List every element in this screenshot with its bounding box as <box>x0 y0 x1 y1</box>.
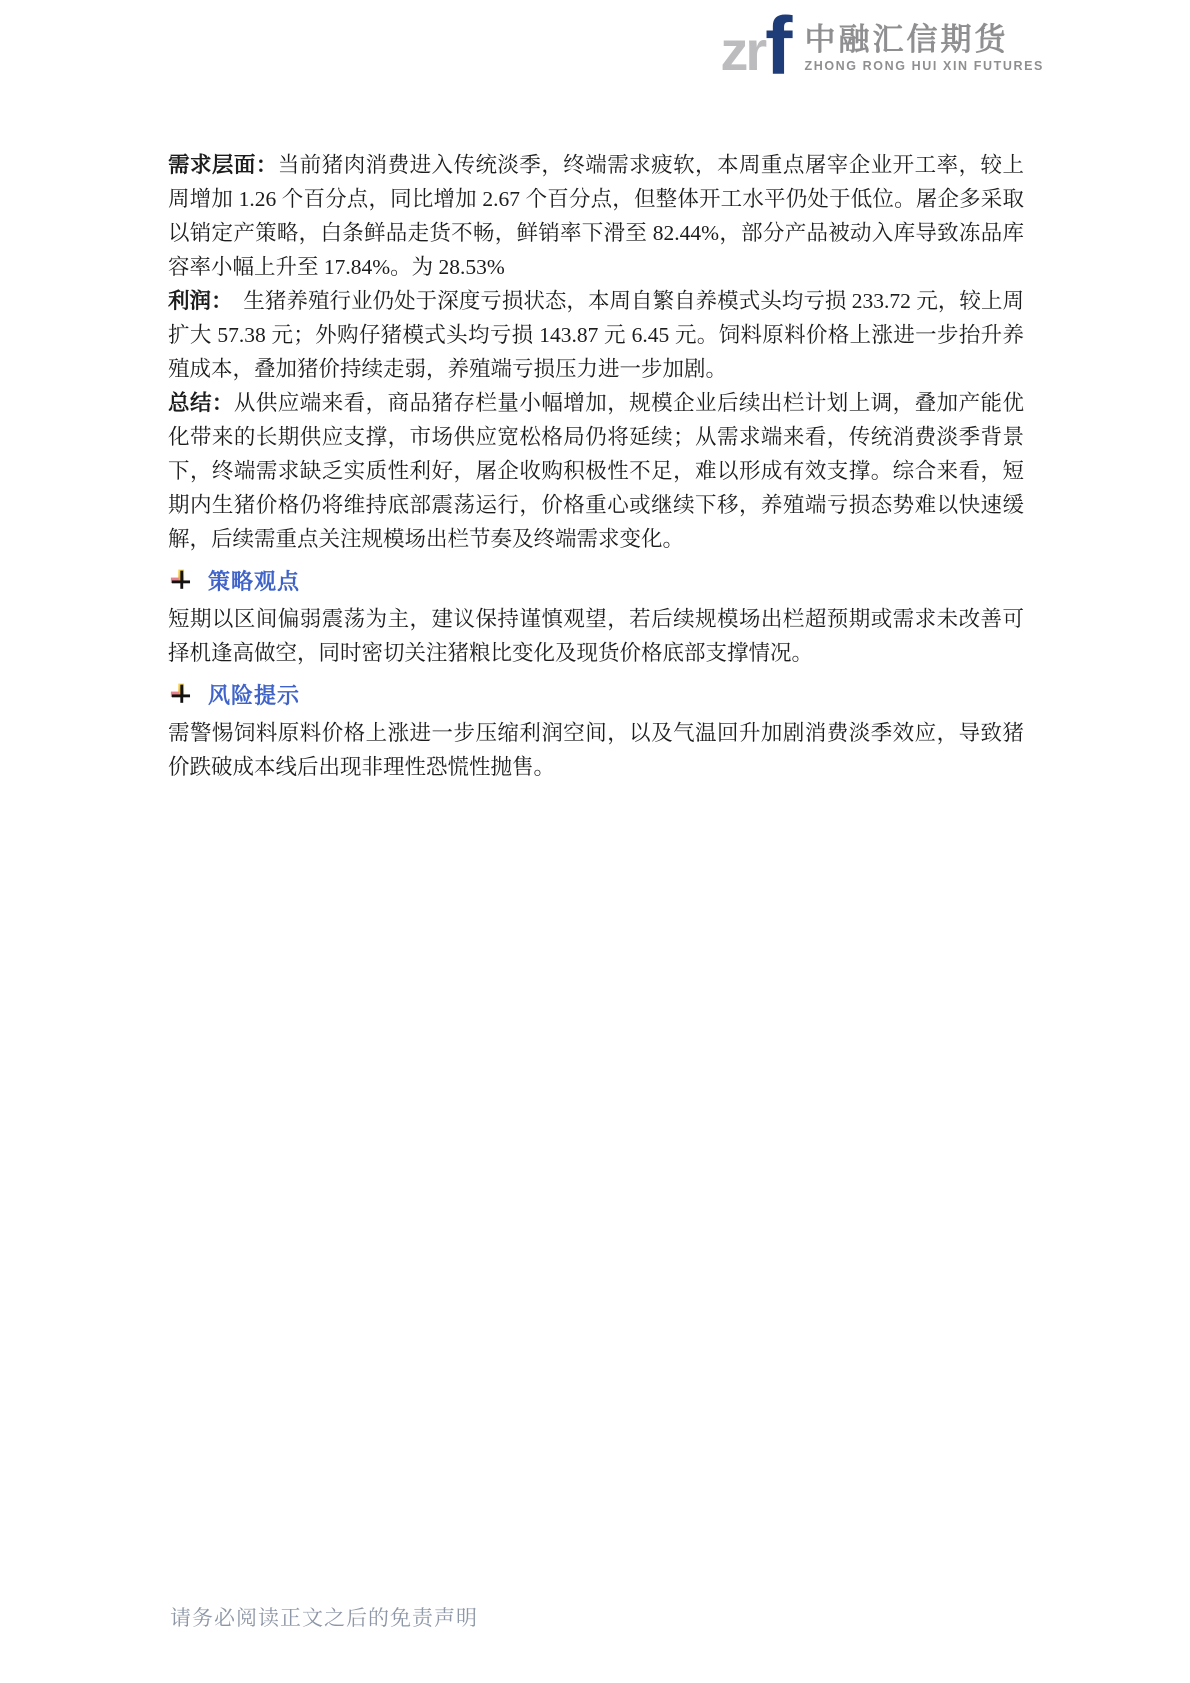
paragraph-demand: 需求层面：当前猪肉消费进入传统淡季，终端需求疲软，本周重点屠宰企业开工率，较上周… <box>168 148 1024 284</box>
logo-wordmark-zr: zr <box>720 29 764 73</box>
logo-wordmark: zrf <box>720 22 792 73</box>
paragraph-demand-label: 需求层面： <box>168 153 278 177</box>
section-heading-strategy: 策略观点 <box>170 563 1024 597</box>
company-name-cn: 中融汇信期货 <box>804 24 1044 55</box>
paragraph-profit-label: 利润： <box>168 289 222 313</box>
paragraph-summary-label: 总结： <box>168 391 234 415</box>
paragraph-profit: 利润： 生猪养殖行业仍处于深度亏损状态，本周自繁自养模式头均亏损 233.72 … <box>168 284 1024 386</box>
footer-disclaimer: 请务必阅读正文之后的免责声明 <box>170 1602 478 1632</box>
arrow-bullet-icon <box>170 683 192 705</box>
paragraph-summary-text: 从供应端来看，商品猪存栏量小幅增加，规模企业后续出栏计划上调，叠加产能优化带来的… <box>168 391 1024 551</box>
arrow-bullet-icon <box>170 569 192 591</box>
section-heading-strategy-label: 策略观点 <box>208 565 300 596</box>
company-logo: zrf 中融汇信期货 ZHONG RONG HUI XIN FUTURES <box>720 22 1044 73</box>
report-page: zrf 中融汇信期货 ZHONG RONG HUI XIN FUTURES 需求… <box>0 0 1190 1683</box>
report-body: 需求层面：当前猪肉消费进入传统淡季，终端需求疲软，本周重点屠宰企业开工率，较上周… <box>168 148 1024 784</box>
logo-names: 中融汇信期货 ZHONG RONG HUI XIN FUTURES <box>804 24 1044 73</box>
section-heading-risk: 风险提示 <box>170 677 1024 711</box>
paragraph-summary: 总结：从供应端来看，商品猪存栏量小幅增加，规模企业后续出栏计划上调，叠加产能优化… <box>168 386 1024 556</box>
company-name-en: ZHONG RONG HUI XIN FUTURES <box>804 60 1044 73</box>
logo-wordmark-f: f <box>765 22 792 73</box>
paragraph-strategy: 短期以区间偏弱震荡为主，建议保持谨慎观望，若后续规模场出栏超预期或需求未改善可择… <box>168 602 1024 670</box>
section-heading-risk-label: 风险提示 <box>208 679 300 710</box>
paragraph-demand-text: 当前猪肉消费进入传统淡季，终端需求疲软，本周重点屠宰企业开工率，较上周增加 1.… <box>168 153 1024 279</box>
paragraph-risk: 需警惕饲料原料价格上涨进一步压缩利润空间，以及气温回升加剧消费淡季效应，导致猪价… <box>168 716 1024 784</box>
paragraph-profit-text: 生猪养殖行业仍处于深度亏损状态，本周自繁自养模式头均亏损 233.72 元，较上… <box>168 289 1024 381</box>
